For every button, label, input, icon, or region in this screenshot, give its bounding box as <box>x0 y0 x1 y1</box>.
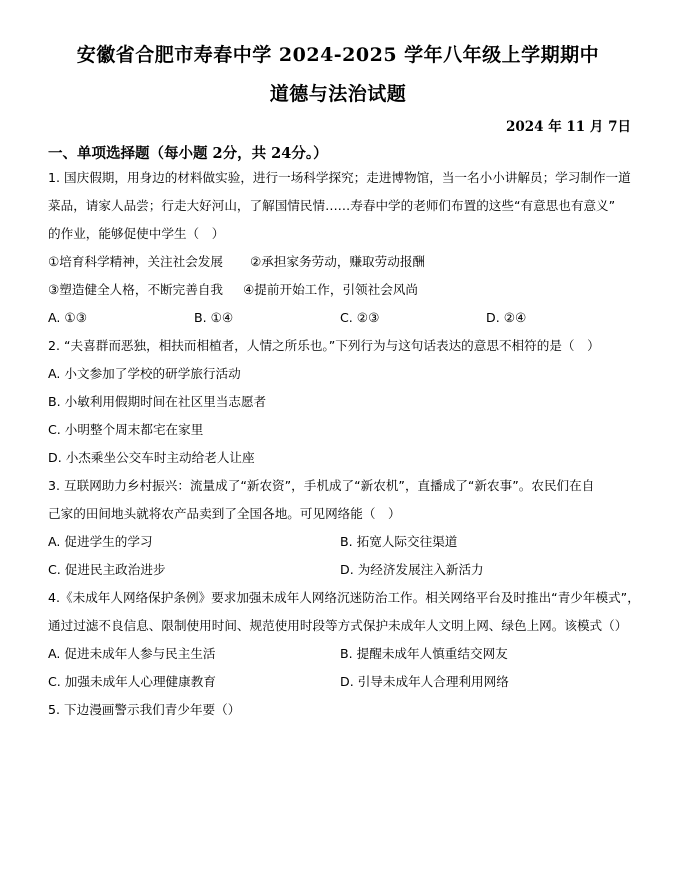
statement: ④提前开始工作，引领社会风尚 <box>243 282 418 298</box>
question-stem: 5. 下边漫画警示我们青少年要（） <box>48 702 240 718</box>
statement: ②承担家务劳动，赚取劳动报酬 <box>250 254 425 270</box>
question-stem: 己家的田间地头就将农产品卖到了全国各地。可见网络能（ ） <box>48 506 401 522</box>
question-stem: 的作业，能够促使中学生（ ） <box>48 226 224 242</box>
document-subtitle: 道德与法治试题 <box>0 79 676 106</box>
option-d: D. 为经济发展注入新活力 <box>340 562 484 578</box>
option-d: D. 引导未成年人合理利用网络 <box>340 674 509 690</box>
option-a: A. 促进学生的学习 <box>48 534 153 550</box>
statement: ①培育科学精神，关注社会发展 <box>48 254 223 270</box>
statement: ③塑造健全人格，不断完善自我 <box>48 282 223 298</box>
document-title: 安徽省合肥市寿春中学 2024-2025 学年八年级上学期期中 <box>0 40 676 67</box>
option-b: B. ①④ <box>194 310 233 326</box>
option-a: A. 促进未成年人参与民主生活 <box>48 646 216 662</box>
option-b: B. 提醒未成年人慎重结交网友 <box>340 646 508 662</box>
question-stem: 3. 互联网助力乡村振兴：流量成了“新农资”，手机成了“新农机”，直播成了“新农… <box>48 478 594 494</box>
question-stem: 4.《未成年人网络保护条例》要求加强未成年人网络沉迷防治工作。相关网络平台及时推… <box>48 590 640 606</box>
option-c: C. ②③ <box>340 310 379 326</box>
question-stem: 通过过滤不良信息、限制使用时间、规范使用时段等方式保护未成年人文明上网、绿色上网… <box>48 618 627 634</box>
option-a: A. 小文参加了学校的研学旅行活动 <box>48 366 241 382</box>
option-d: D. ②④ <box>486 310 526 326</box>
option-b: B. 拓宽人际交往渠道 <box>340 534 457 550</box>
section-heading: 一、单项选择题（每小题 2分，共 24分。） <box>48 142 328 163</box>
question-stem: 菜品，请家人品尝；行走大好河山，了解国情民情……寿春中学的老师们布置的这些“有意… <box>48 198 615 214</box>
option-c: C. 加强未成年人心理健康教育 <box>48 674 216 690</box>
option-d: D. 小杰乘坐公交车时主动给老人让座 <box>48 450 255 466</box>
question-stem: 2. “夫喜群而恶独，相扶而相植者，人情之所乐也。”下列行为与这句话表达的意思不… <box>48 338 600 354</box>
question-stem: 1. 国庆假期，用身边的材料做实验，进行一场科学探究；走进博物馆，当一名小小讲解… <box>48 170 631 186</box>
option-c: C. 小明整个周末都宅在家里 <box>48 422 203 438</box>
exam-date: 2024 年 11 月 7日 <box>506 115 631 135</box>
option-c: C. 促进民主政治进步 <box>48 562 166 578</box>
option-a: A. ①③ <box>48 310 87 326</box>
option-b: B. 小敏利用假期时间在社区里当志愿者 <box>48 394 266 410</box>
